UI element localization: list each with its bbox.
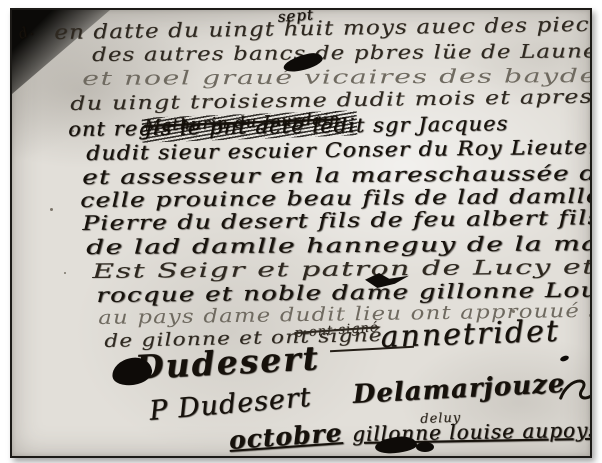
paraph-flourish-icon [556, 372, 592, 408]
signature-dudesert-large: Dudesert [134, 338, 321, 387]
paper-speck [64, 272, 66, 274]
manuscript-line: en datte du uingt huit moys auec des pie… [54, 11, 592, 44]
date-word-octobre: octobre [228, 418, 343, 455]
signature-delamarjouze: Delamarjouze [352, 369, 566, 410]
interlinear-word: sept [277, 8, 314, 26]
signature-dudesert-small: P Dudesert [148, 382, 313, 427]
paper-speck [208, 98, 211, 101]
manuscript-line: des autres bancs de pbres lüe de Launey [92, 40, 592, 66]
page-background: d. en datte du uingt huit moys auec des … [0, 0, 602, 463]
paper-speck [50, 208, 53, 211]
ink-blot [559, 355, 569, 363]
paper-speck [72, 130, 74, 132]
manuscript-scan: d. en datte du uingt huit moys auec des … [10, 8, 592, 458]
signature-anne-tridet: annetridet [380, 314, 560, 355]
manuscript-line: Pierre du desert fils de feu albert fils [82, 205, 592, 235]
paper-speck [512, 310, 515, 313]
ink-blot [416, 442, 434, 452]
